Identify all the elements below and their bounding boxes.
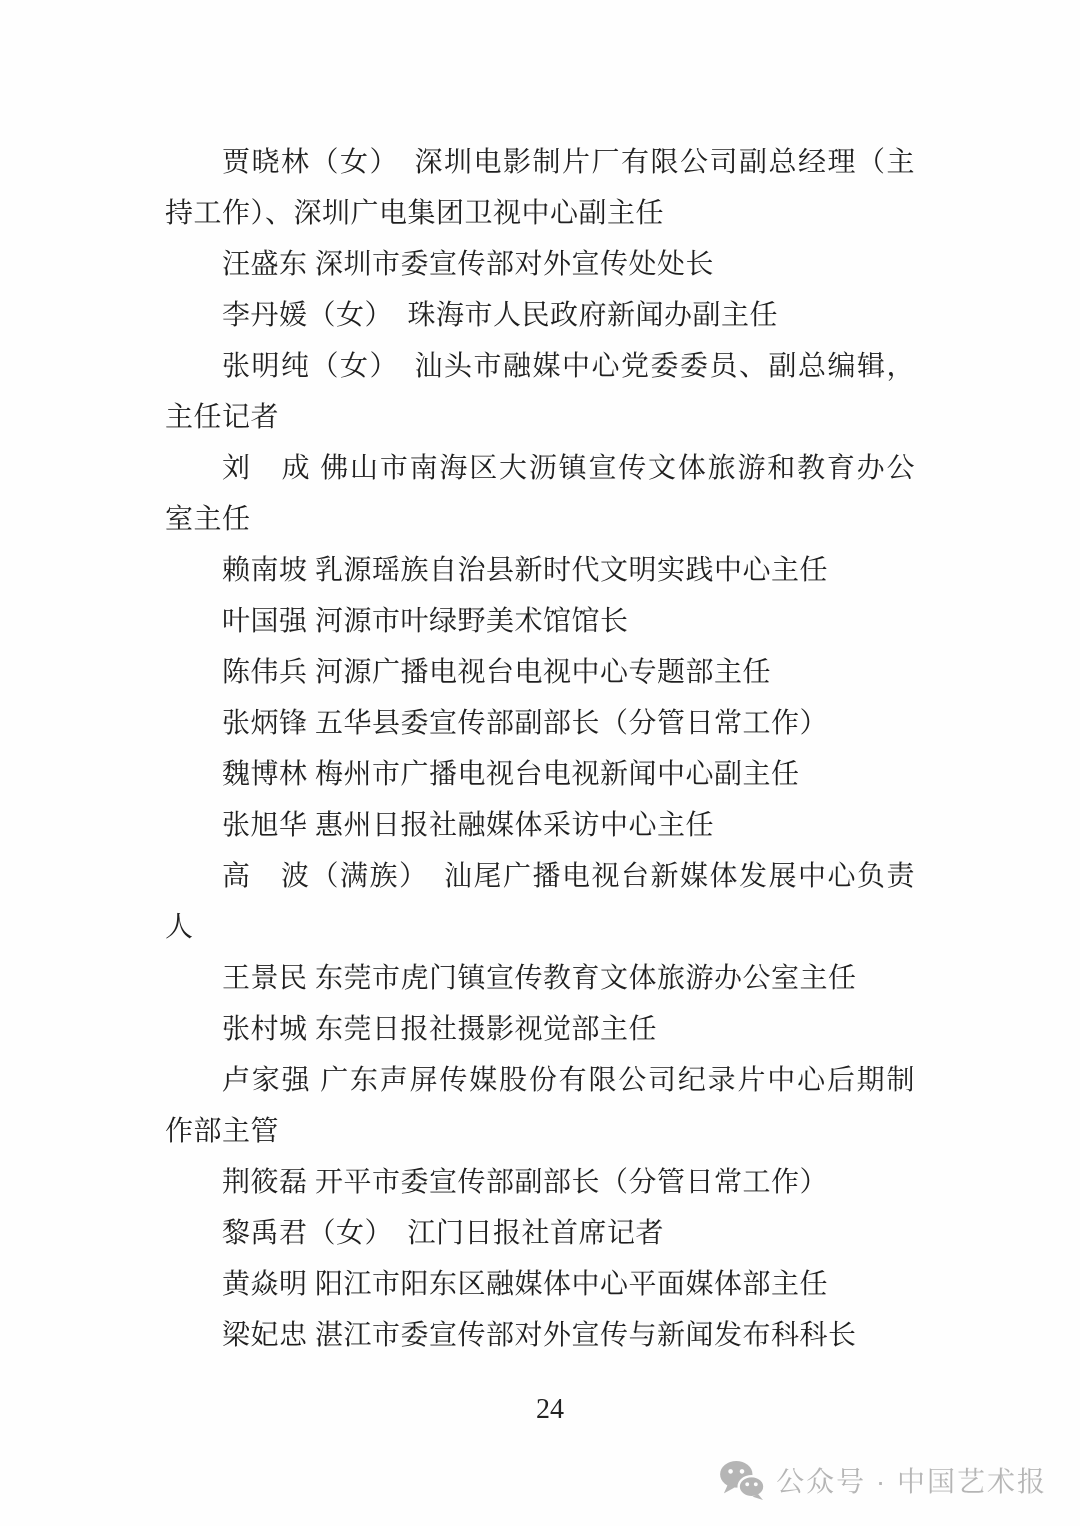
list-line: 作部主管 <box>165 1106 915 1157</box>
list-line: 荆筱磊 开平市委宣传部副部长（分管日常工作） <box>165 1157 915 1208</box>
list-line: 高 波（满族） 汕尾广播电视台新媒体发展中心负责 <box>165 851 915 902</box>
list-line: 魏博林 梅州市广播电视台电视新闻中心副主任 <box>165 749 915 800</box>
list-line: 梁妃忠 湛江市委宣传部对外宣传与新闻发布科科长 <box>165 1310 915 1361</box>
list-line: 张炳锋 五华县委宣传部副部长（分管日常工作） <box>165 698 915 749</box>
list-line: 李丹媛（女） 珠海市人民政府新闻办副主任 <box>165 290 915 341</box>
list-line: 室主任 <box>165 494 915 545</box>
list-line: 赖南坡 乳源瑶族自治县新时代文明实践中心主任 <box>165 545 915 596</box>
honor-list: 贾晓林（女） 深圳电影制片厂有限公司副总经理（主持工作）、深圳广电集团卫视中心副… <box>165 137 915 1361</box>
list-line: 陈伟兵 河源广播电视台电视中心专题部主任 <box>165 647 915 698</box>
list-line: 黄焱明 阳江市阳东区融媒体中心平面媒体部主任 <box>165 1259 915 1310</box>
list-line: 王景民 东莞市虎门镇宣传教育文体旅游办公室主任 <box>165 953 915 1004</box>
list-line: 刘 成 佛山市南海区大沥镇宣传文体旅游和教育办公 <box>165 443 915 494</box>
watermark: 公众号 · 中国艺术报 <box>718 1460 1047 1500</box>
list-line: 黎禹君（女） 江门日报社首席记者 <box>165 1208 915 1259</box>
list-line: 张旭华 惠州日报社融媒体采访中心主任 <box>165 800 915 851</box>
list-line: 人 <box>165 902 915 953</box>
list-line: 张村城 东莞日报社摄影视觉部主任 <box>165 1004 915 1055</box>
list-line: 张明纯（女） 汕头市融媒中心党委委员、副总编辑， <box>165 341 915 392</box>
list-line: 叶国强 河源市叶绿野美术馆馆长 <box>165 596 915 647</box>
list-line: 主任记者 <box>165 392 915 443</box>
list-line: 汪盛东 深圳市委宣传部对外宣传处处长 <box>165 239 915 290</box>
list-line: 持工作）、深圳广电集团卫视中心副主任 <box>165 188 915 239</box>
list-line: 贾晓林（女） 深圳电影制片厂有限公司副总经理（主 <box>165 137 915 188</box>
wechat-icon <box>718 1460 766 1500</box>
list-line: 卢家强 广东声屏传媒股份有限公司纪录片中心后期制 <box>165 1055 915 1106</box>
watermark-label: 公众号 · 中国艺术报 <box>776 1460 1047 1500</box>
page-number: 24 <box>10 1394 1080 1426</box>
document-page: { "document": { "text_color": "#1f1f1f",… <box>0 0 1080 1526</box>
